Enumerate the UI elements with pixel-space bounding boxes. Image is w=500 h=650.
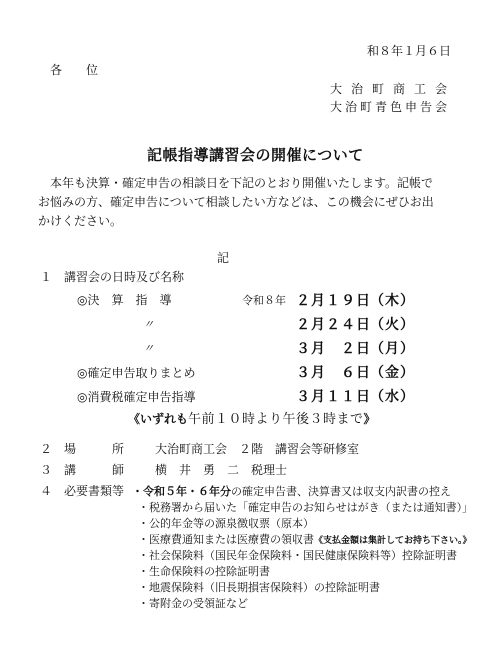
document-item-note: 《支払金額は集計してお持ち下さい。》: [314, 536, 472, 546]
intro-line-2: お悩みの方、確定申告について相談したい方などは、この機会にぜひお出: [38, 193, 434, 210]
schedule-era: 令和８年: [242, 292, 286, 308]
schedule-date: ２月１９日: [296, 290, 371, 310]
addressee: 各 位: [50, 61, 98, 78]
schedule-date: ３月 ２日: [296, 338, 371, 358]
document-item-bold: ・令和５年・６年分: [132, 485, 231, 498]
venue-value: 大治町商工会 ２階 講習会等研修室: [155, 440, 359, 457]
page-title: 記帳指導講習会の開催について: [147, 144, 364, 165]
intro-line-3: かけください。: [38, 212, 122, 229]
document-item: ・生命保険料の控除証明書: [138, 563, 270, 579]
document-item: ・公的年金等の源泉徴収票（原本）: [138, 515, 314, 531]
sender-chamber-of-commerce: 大治町商工会: [330, 80, 456, 97]
schedule-name: ◎確定申告取りまとめ: [77, 364, 195, 381]
ditto-mark: 〃: [143, 340, 154, 356]
schedule-weekday: （火）: [370, 314, 415, 334]
schedule-date: ３月 ６日: [296, 362, 371, 382]
document-item: ・社会保険料（国民年金保険料・国民健康保険料等）控除証明書: [138, 547, 457, 563]
schedule-name: ◎決 算 指 導: [77, 291, 171, 308]
schedule-date: ３月１１日: [296, 386, 371, 406]
lecturer-value: 横 井 勇 二 税理士: [155, 461, 287, 478]
ki-heading: 記: [217, 249, 229, 266]
schedule-date: ２月２４日: [296, 314, 371, 334]
time-note-prefix: 《いずれも: [128, 412, 188, 426]
section-number: ３: [40, 461, 52, 478]
schedule-weekday: （月）: [370, 338, 415, 358]
schedule-weekday: （水）: [370, 386, 415, 406]
document-item: ・地震保険料（旧長期損害保険料）の控除証明書: [138, 579, 380, 595]
schedule-weekday: （金）: [370, 362, 415, 382]
section-label: 講 師: [64, 461, 124, 478]
section-number: ２: [40, 440, 52, 457]
document-item-text: の確定申告書、決算書又は収支内訳書の控え: [231, 485, 451, 498]
section-label: 講習会の日時及び名称: [64, 268, 184, 285]
time-note-suffix: 》: [364, 412, 376, 426]
intro-line-1: 本年も決算・確定申告の相談日を下記のとおり開催いたします。記帳で: [50, 174, 433, 191]
section-number: １: [40, 268, 52, 285]
schedule-name: ◎消費税確定申告指導: [77, 388, 195, 405]
time-note-main: 午前１０時より午後３時まで: [188, 412, 364, 427]
section-label: 場 所: [64, 440, 124, 457]
sender-blue-return-association: 大治町青色申告会: [330, 98, 450, 115]
section-number: ４: [40, 482, 52, 499]
section-label: 必要書類等: [64, 482, 124, 499]
time-note: 《いずれも午前１０時より午後３時まで》: [128, 408, 376, 427]
schedule-weekday: （木）: [370, 290, 415, 310]
document-item: ・寄附金の受領証など: [138, 595, 248, 611]
document-date: 和８年１月６日: [367, 42, 451, 59]
document-item: ・税務署から届いた「確定申告のお知らせはがき（または通知書）」: [138, 499, 473, 515]
document-item: ・医療費通知または医療費の領収書《支払金額は集計してお持ち下さい。》: [138, 531, 472, 547]
document-item-text: ・医療費通知または医療費の領収書: [138, 533, 314, 546]
document-item: ・令和５年・６年分の確定申告書、決算書又は収支内訳書の控え: [132, 483, 451, 499]
ditto-mark: 〃: [143, 316, 154, 332]
